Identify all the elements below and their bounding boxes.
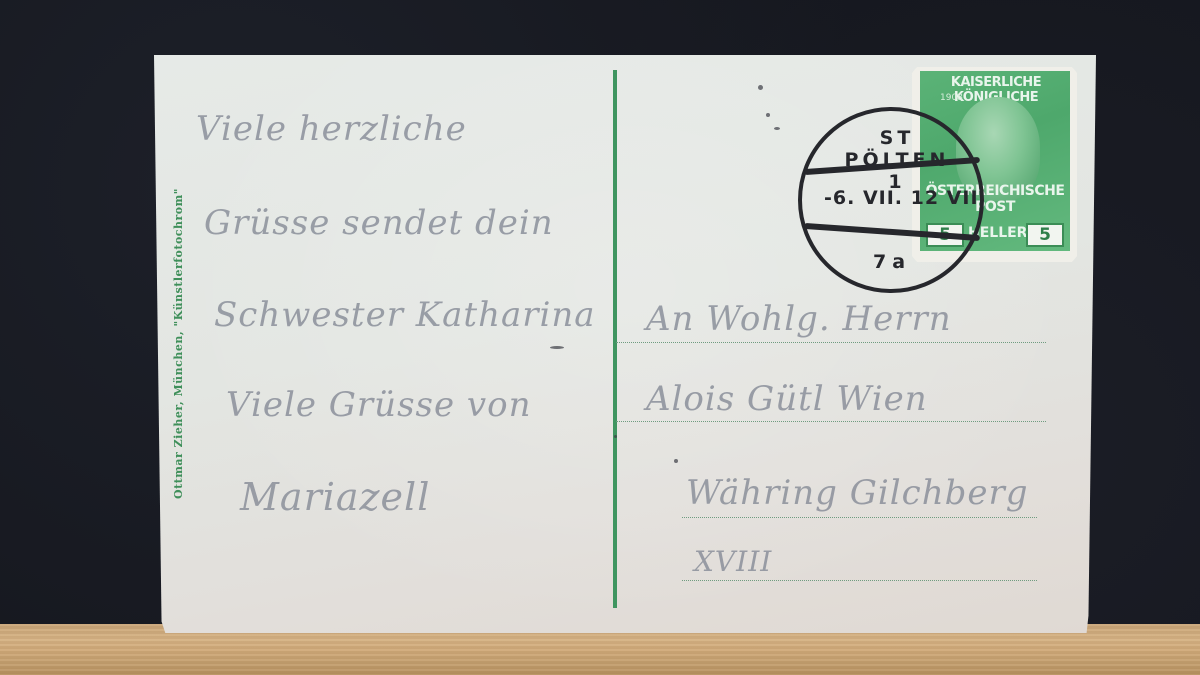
message-line-3: Schwester Katharina bbox=[214, 295, 596, 335]
address-line-3: Währing Gilchberg bbox=[686, 473, 1029, 513]
ink-speck bbox=[766, 113, 770, 117]
center-divider-line bbox=[613, 70, 617, 608]
ink-speck bbox=[550, 346, 564, 349]
address-rule-4 bbox=[682, 580, 1037, 581]
stamp-year: 1908 bbox=[940, 93, 963, 103]
ink-speck bbox=[758, 85, 763, 90]
address-rule-3 bbox=[682, 517, 1037, 518]
ink-speck bbox=[614, 435, 617, 438]
stamp-value-right: 5 bbox=[1026, 223, 1064, 247]
publisher-imprint: Ottmar Zieher, München, "Künstlerfotochr… bbox=[172, 179, 188, 499]
address-line-1: An Wohlg. Herrn bbox=[646, 299, 952, 339]
message-line-1: Viele herzliche bbox=[196, 109, 467, 149]
address-line-4: XVIII bbox=[694, 545, 772, 578]
postmark-lower-band bbox=[804, 223, 980, 241]
message-line-5: Mariazell bbox=[240, 475, 430, 519]
ink-speck bbox=[674, 459, 678, 463]
address-rule-1 bbox=[616, 342, 1046, 343]
address-line-2: Alois Gütl Wien bbox=[646, 379, 928, 419]
address-rule-2 bbox=[616, 421, 1046, 422]
message-line-4: Viele Grüsse von bbox=[226, 385, 531, 425]
postmark-code: 7a bbox=[842, 251, 942, 273]
circular-postmark: ST PÖLTEN 1 -6. VII. 12 VII 7a bbox=[798, 107, 984, 293]
postmark-date: -6. VII. 12 VII bbox=[824, 187, 974, 209]
ink-speck bbox=[774, 127, 780, 130]
postcard-back: Ottmar Zieher, München, "Künstlerfotochr… bbox=[154, 55, 1096, 633]
message-line-2: Grüsse sendet dein bbox=[204, 203, 554, 243]
